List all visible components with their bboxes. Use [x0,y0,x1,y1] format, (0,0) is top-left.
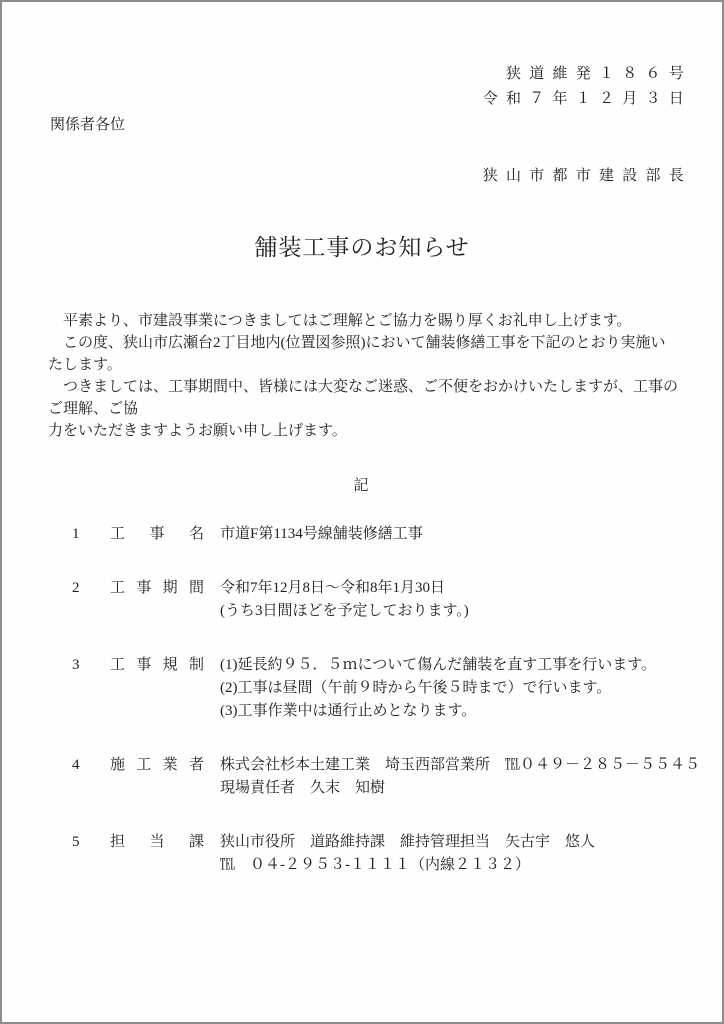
sender-title: 狭山市都市建設部長 [2,164,692,185]
item-number: 1 [72,523,110,546]
body-line: 平素より、市建設事業につきましてはご理解とご協力を賜り厚くお礼申し上げます。 [48,310,680,332]
item-number: 4 [72,754,110,777]
item-label: 担当課 [110,831,204,854]
body-line: この度、狭山市広瀬台2丁目地内(位置図参照)において舗装修繕工事を下記のとおり実… [48,332,680,376]
item-content: (1)延長約９５．５ｍについて傷んだ舗装を直す工事を行います。 (2)工事は昼間… [220,654,722,723]
record-marker: 記 [2,474,722,495]
item-line: (2)工事は昼間（午前９時から午後５時まで）で行います。 [220,677,706,700]
item-content: 令和7年12月8日～令和8年1月30日 (うち3日間ほどを予定しております。) [220,577,722,623]
item-content: 株式会社杉本土建工業 埼玉西部営業所 ℡０４９－２８５－５５４５ 現場責任者 久… [220,754,722,800]
notice-document: 狭道維発１８６号 令和７年１２月３日 関係者各位 狭山市都市建設部長 舗装工事の… [0,0,724,1024]
detail-list: 1 工事名 市道F第1134号線舗装修繕工事 2 工事期間 令和7年12月8日～… [2,523,722,877]
item-line: 令和7年12月8日～令和8年1月30日 [220,577,706,600]
addressee: 関係者各位 [50,114,722,136]
item-number: 5 [72,831,110,854]
item-number: 2 [72,577,110,600]
document-title: 舗装工事のお知らせ [2,229,722,262]
document-header: 狭道維発１８６号 令和７年１２月３日 [2,62,692,112]
item-line: 狭山市役所 道路維持課 維持管理担当 矢古宇 悠人 [220,831,706,854]
list-item-responsible-section: 5 担当課 狭山市役所 道路維持課 維持管理担当 矢古宇 悠人 ℡ ０４-２９５… [2,831,722,877]
item-label: 工事規制 [110,654,204,677]
document-number: 狭道維発１８６号 [2,62,692,87]
list-item-work-restriction: 3 工事規制 (1)延長約９５．５ｍについて傷んだ舗装を直す工事を行います。 (… [2,654,722,723]
body-line: つきましては、工事期間中、皆様には大変なご迷惑、ご不便をおかけいたしますが、工事… [48,376,680,420]
list-item-work-name: 1 工事名 市道F第1134号線舗装修繕工事 [2,523,722,546]
item-line: 市道F第1134号線舗装修繕工事 [220,523,706,546]
item-label: 工事名 [110,523,204,546]
item-content: 市道F第1134号線舗装修繕工事 [220,523,722,546]
body-text: 平素より、市建設事業につきましてはご理解とご協力を賜り厚くお礼申し上げます。 こ… [48,310,680,442]
item-line: 株式会社杉本土建工業 埼玉西部営業所 ℡０４９－２８５－５５４５ [220,754,706,777]
list-item-work-period: 2 工事期間 令和7年12月8日～令和8年1月30日 (うち3日間ほどを予定して… [2,577,722,623]
item-number: 3 [72,654,110,677]
document-date: 令和７年１２月３日 [2,87,692,112]
list-item-contractor: 4 施工業者 株式会社杉本土建工業 埼玉西部営業所 ℡０４９－２８５－５５４５ … [2,754,722,800]
item-line: ℡ ０４-２９５３-１１１１（内線２１３２） [220,854,706,877]
item-line: (1)延長約９５．５ｍについて傷んだ舗装を直す工事を行います。 [220,654,706,677]
body-line: 力をいただきますようお願い申し上げます。 [48,420,680,442]
item-label: 工事期間 [110,577,204,600]
item-line: 現場責任者 久末 知樹 [220,777,706,800]
item-line: (3)工事作業中は通行止めとなります。 [220,700,706,723]
item-content: 狭山市役所 道路維持課 維持管理担当 矢古宇 悠人 ℡ ０４-２９５３-１１１１… [220,831,722,877]
item-line: (うち3日間ほどを予定しております。) [220,600,706,623]
item-label: 施工業者 [110,754,204,777]
